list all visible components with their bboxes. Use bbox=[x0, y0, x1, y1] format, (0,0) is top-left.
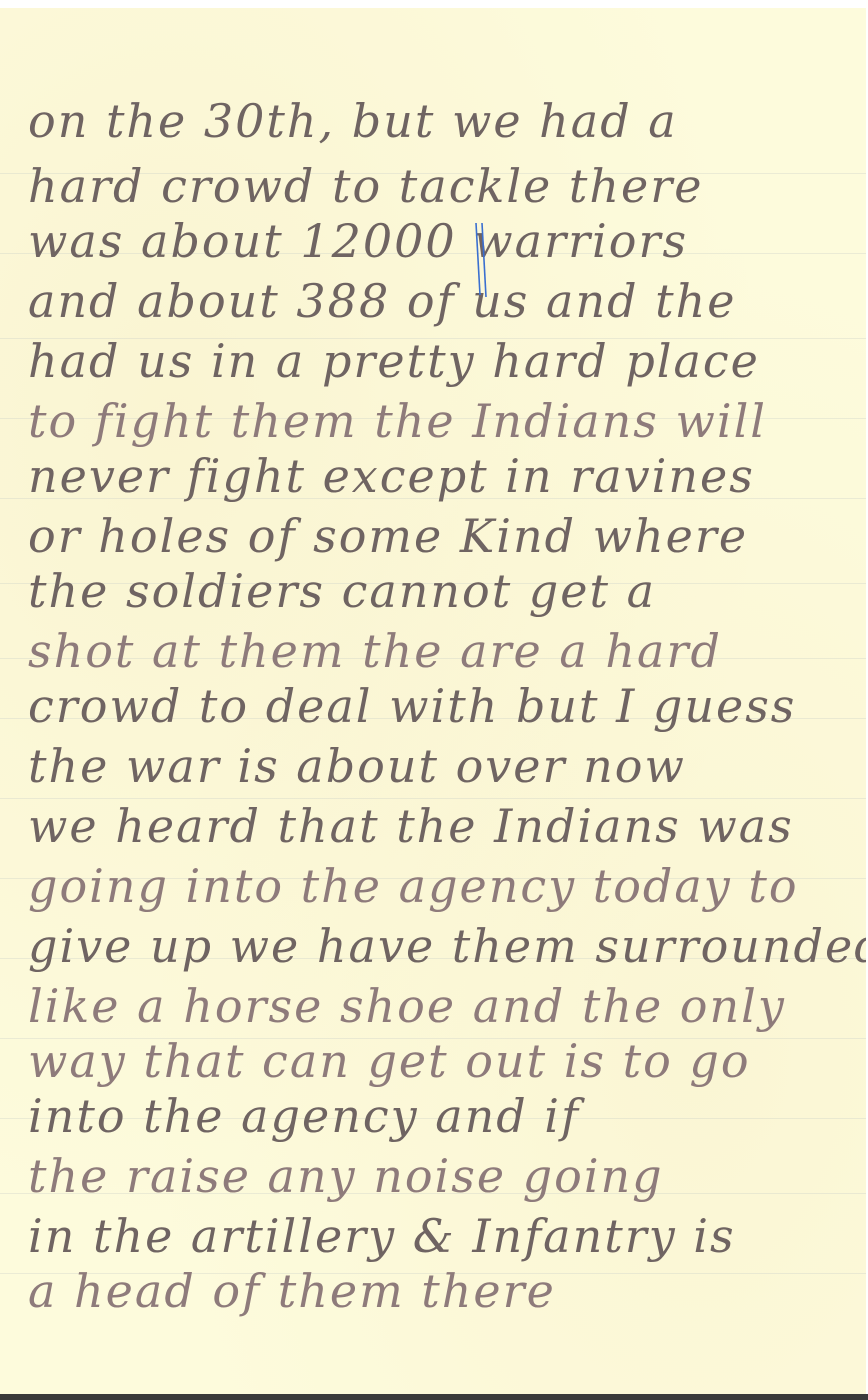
handwritten-line: crowd to deal with but I guess bbox=[28, 683, 796, 729]
handwritten-line: on the 30th, but we had a bbox=[28, 98, 678, 144]
handwritten-line: and about 388 of us and the bbox=[28, 278, 737, 324]
handwritten-line: the war is about over now bbox=[28, 743, 686, 789]
handwritten-line: never fight except in ravines bbox=[28, 453, 755, 499]
handwritten-line: a head of them there bbox=[28, 1268, 556, 1314]
handwritten-line: the soldiers cannot get a bbox=[28, 568, 656, 614]
handwritten-line: hard crowd to tackle there bbox=[28, 163, 703, 209]
handwritten-line: way that can get out is to go bbox=[28, 1038, 751, 1084]
handwritten-line: to fight them the Indians will bbox=[28, 398, 767, 444]
handwritten-line: in the artillery & Infantry is bbox=[28, 1213, 736, 1259]
handwritten-line: was about 12000 warriors bbox=[28, 218, 688, 264]
page-bottom-edge bbox=[0, 1394, 868, 1400]
blue-correction-mark-icon bbox=[474, 223, 488, 298]
handwritten-line: give up we have them surrounded bbox=[28, 923, 866, 969]
handwritten-line: going into the agency today to bbox=[28, 863, 799, 909]
handwritten-line: the raise any noise going bbox=[28, 1153, 664, 1199]
handwritten-line: shot at them the are a hard bbox=[28, 628, 722, 674]
handwritten-line: or holes of some Kind where bbox=[28, 513, 748, 559]
letter-page: on the 30th, but we had a hard crowd to … bbox=[0, 8, 866, 1394]
handwritten-line: like a horse shoe and the only bbox=[28, 983, 786, 1029]
handwritten-line: we heard that the Indians was bbox=[28, 803, 794, 849]
handwritten-line: had us in a pretty hard place bbox=[28, 338, 760, 384]
handwritten-line: into the agency and if bbox=[28, 1093, 580, 1139]
